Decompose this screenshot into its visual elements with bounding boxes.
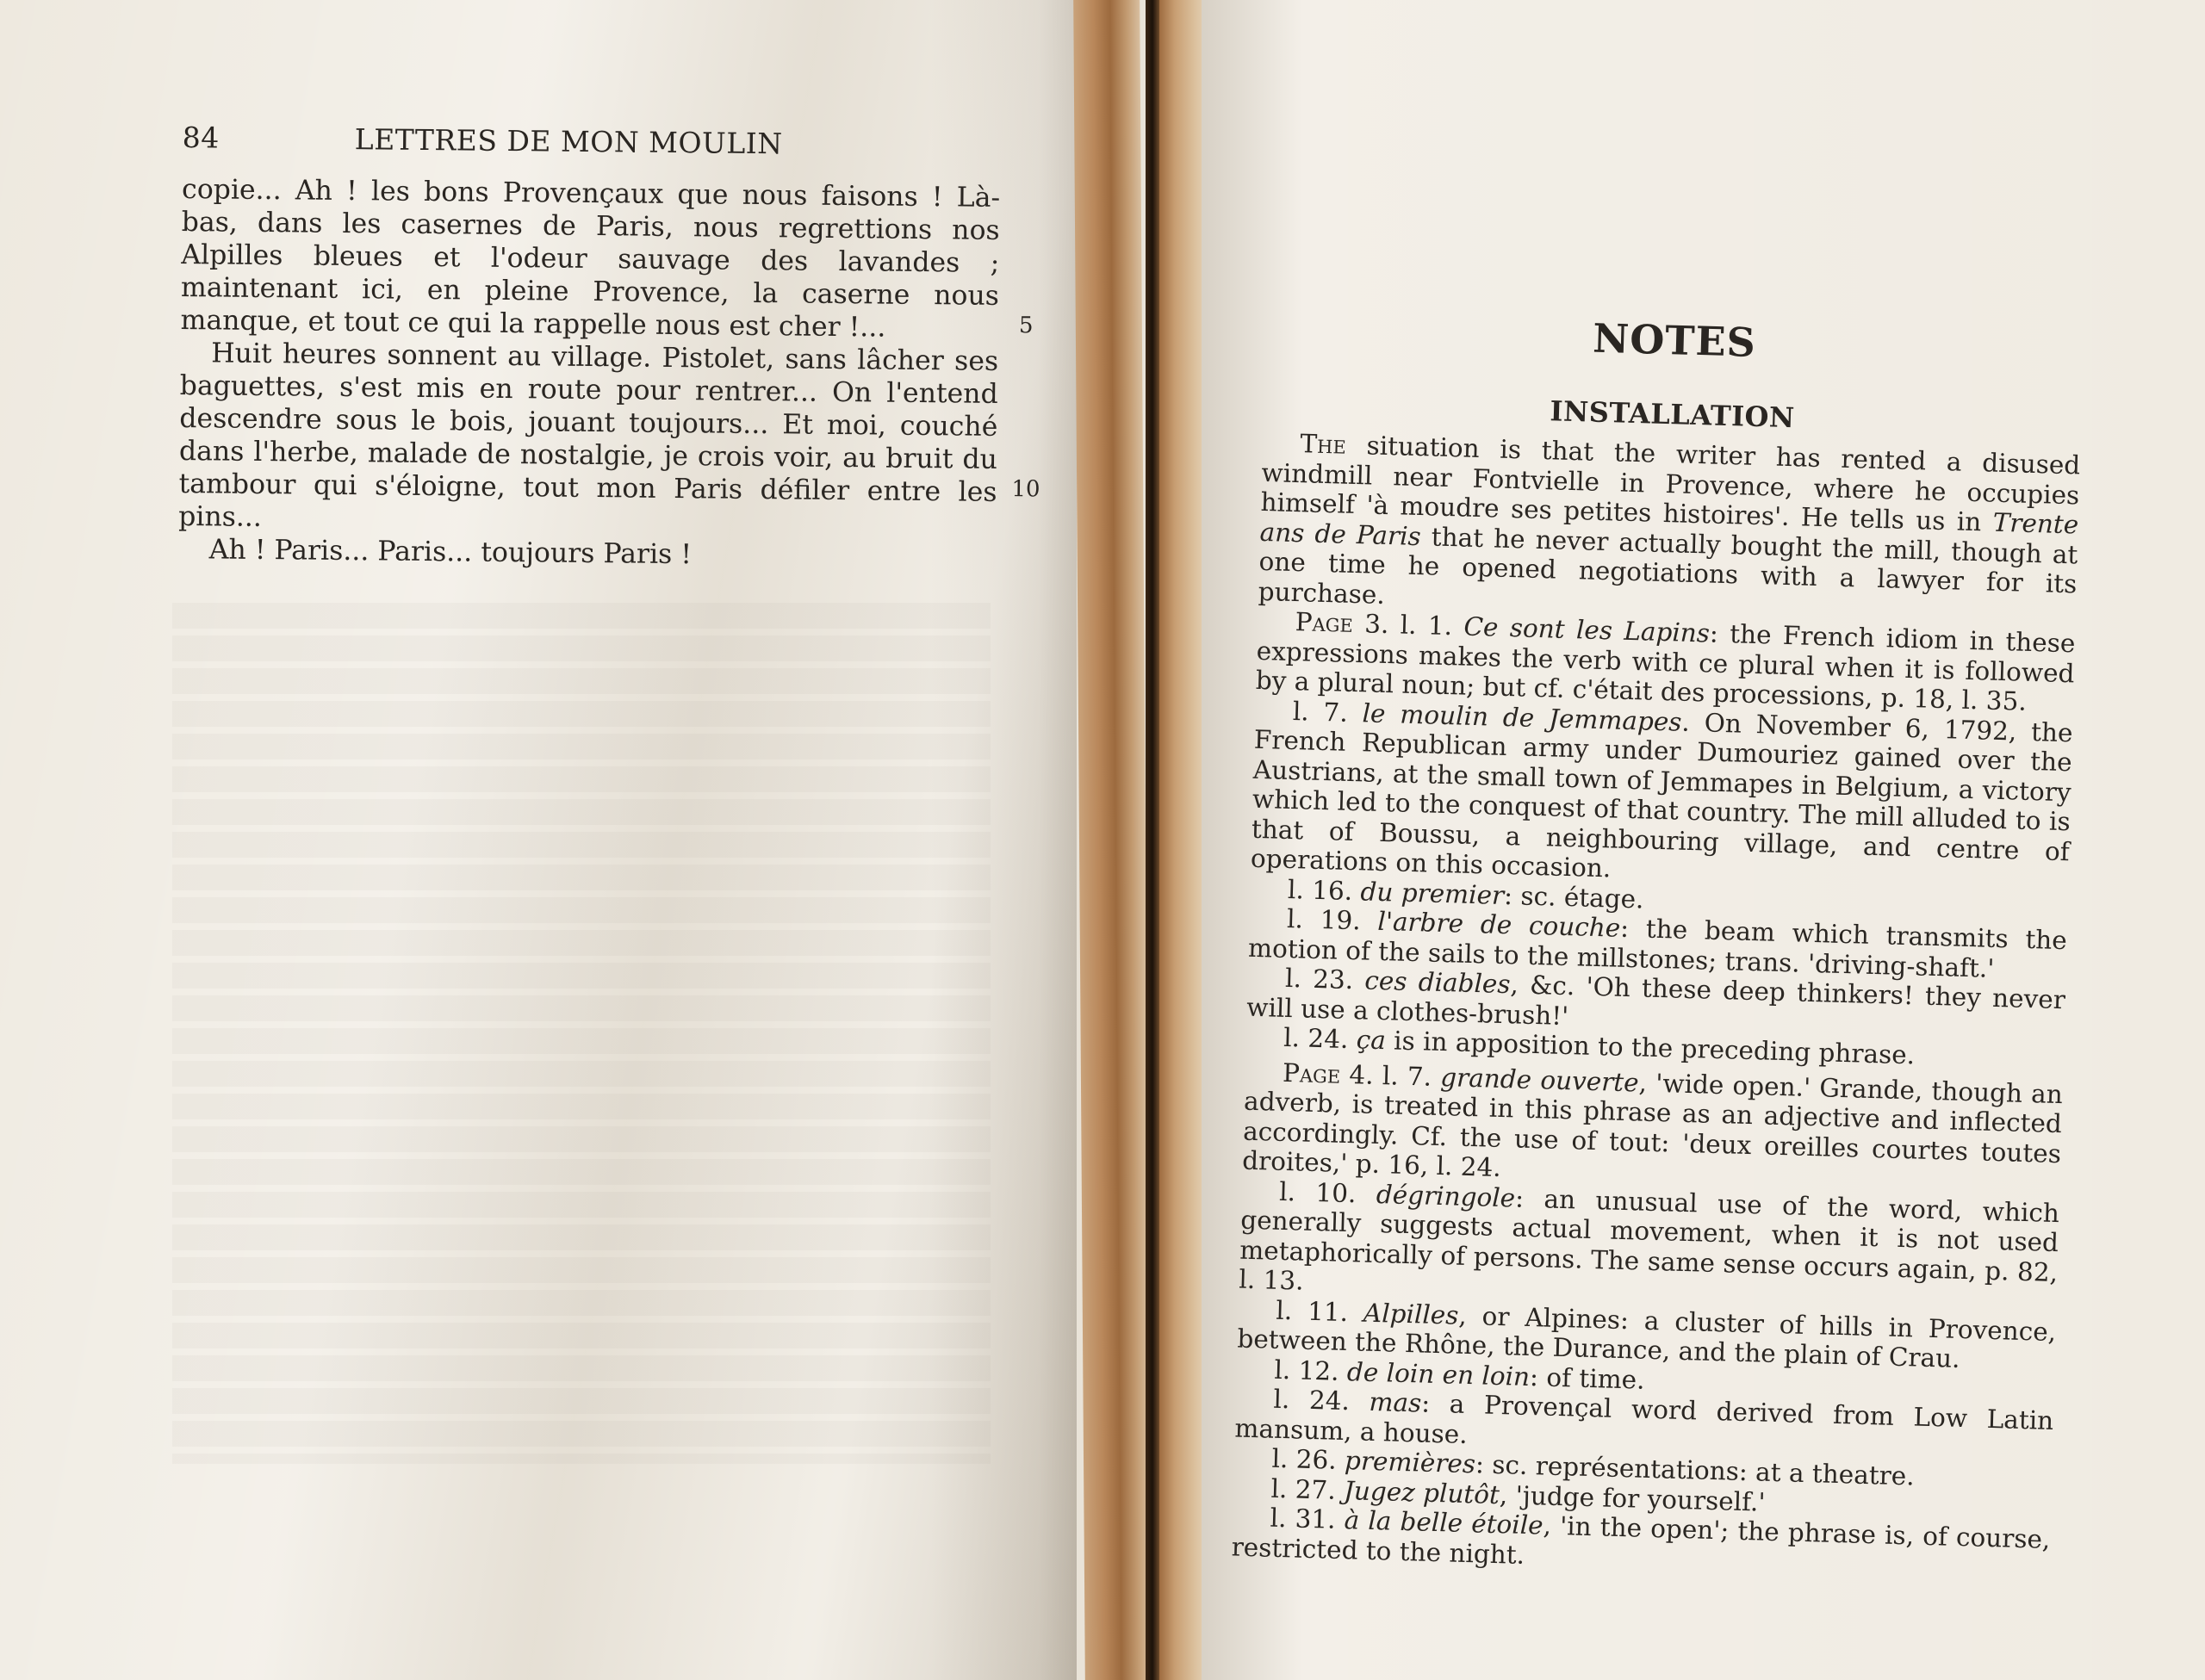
note-term: premières	[1345, 1446, 1476, 1479]
note-text: : an unusual use of the word, which gene…	[1239, 1183, 2059, 1296]
note-entry: l. 10. dégringole: an unusual use of the…	[1239, 1175, 2059, 1317]
note-entry: Page 4. l. 7. grande ouverte, 'wide open…	[1242, 1057, 2063, 1198]
page-number: 84	[183, 121, 355, 156]
note-line: l. 16.	[1288, 874, 1353, 905]
line-number-marker: 5	[1019, 313, 1034, 338]
note-line: l. 7.	[1292, 697, 1348, 728]
note-text: : of time.	[1530, 1362, 1645, 1395]
note-term: Jugez plutôt	[1344, 1476, 1500, 1510]
note-term: mas	[1369, 1387, 1422, 1418]
spine-binding-left	[1073, 0, 1152, 1680]
note-line: l. 24.	[1283, 1023, 1349, 1054]
intro-paragraph: The situation is that the writer has ren…	[1258, 428, 2080, 629]
note-term: dégringole	[1376, 1179, 1515, 1212]
paragraph: copie... Ah ! les bons Provençaux que no…	[180, 173, 1000, 345]
running-title: LETTRES DE MON MOULIN	[355, 122, 783, 160]
note-page: Page 4.	[1283, 1057, 1374, 1089]
note-line: l. 26.	[1271, 1444, 1337, 1475]
note-line: l. 1.	[1400, 611, 1452, 642]
note-line: l. 10.	[1279, 1176, 1357, 1207]
note-line: l. 31.	[1270, 1503, 1336, 1534]
right-page-content: NOTES INSTALLATION The situation is that…	[1231, 306, 2084, 1584]
note-line: l. 19.	[1287, 904, 1361, 935]
spine-gap	[1146, 0, 1159, 1680]
note-term: à la belle étoile	[1344, 1505, 1543, 1540]
note-page: Page 3.	[1295, 607, 1389, 639]
paragraph: Huit heures sonnent au village. Pistolet…	[178, 337, 998, 542]
left-page-content: 84 LETTRES DE MON MOULIN copie... Ah ! l…	[178, 121, 1001, 574]
note-entry: l. 7. le moulin de Jemmapes. On November…	[1251, 695, 2073, 896]
note-term: ces diables	[1364, 966, 1511, 1000]
note-line: l. 7.	[1382, 1061, 1432, 1092]
note-line: l. 23.	[1285, 964, 1354, 995]
note-text: : sc. étage.	[1504, 880, 1644, 914]
note-line: l. 11.	[1276, 1295, 1349, 1326]
note-term: ça	[1356, 1025, 1386, 1055]
note-term: de loin en loin	[1347, 1357, 1531, 1392]
notes-body: The situation is that the writer has ren…	[1231, 428, 2080, 1584]
line-number-marker: 10	[1011, 476, 1040, 502]
note-term: grande ouverte	[1440, 1063, 1639, 1097]
note-term: du premier	[1360, 877, 1505, 910]
note-line: l. 27.	[1270, 1473, 1336, 1504]
prose-body: copie... Ah ! les bons Provençaux que no…	[178, 173, 1001, 574]
note-line: l. 12.	[1274, 1355, 1339, 1386]
note-line: l. 24.	[1273, 1385, 1350, 1416]
note-term: Alpilles	[1363, 1298, 1458, 1330]
lead-word: The	[1300, 429, 1346, 459]
